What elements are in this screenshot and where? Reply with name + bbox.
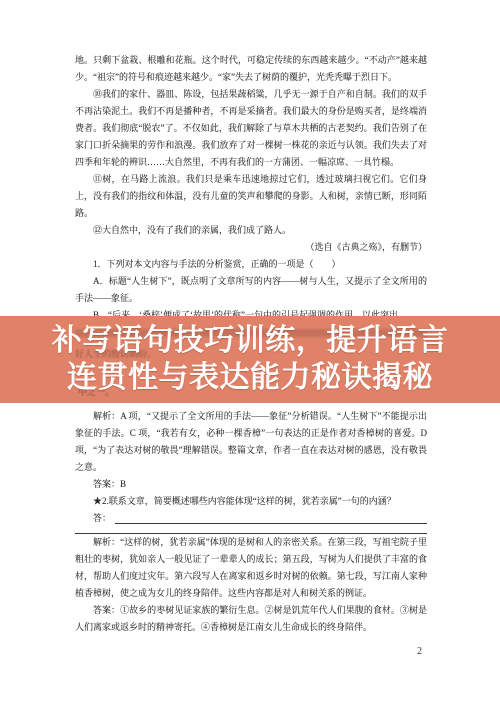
answer-1: 答案：B (75, 476, 427, 493)
answer-blank-label: 答： (75, 510, 111, 527)
answer-2: 答案：①故乡的枣树见证家族的繁衍生息。②树是饥荒年代人们果腹的食材。③树是人们离… (75, 602, 427, 636)
body-paragraph-10: ⑩我们的家什、器皿、陈设，包括果蔬稻粱，几乎无一源于自产和自制。我们的双手不再沾… (75, 86, 427, 171)
banner-title: 补写语句技巧训练，提升语言 连贯性与表达能力秘诀揭秘 (0, 316, 500, 396)
answer-underline (115, 523, 427, 524)
answer-underline-2 (75, 527, 427, 534)
body-paragraph-12: ⑫大自然中，没有了我们的亲属，我们成了路人。 (75, 222, 427, 239)
page-number: 2 (417, 646, 422, 657)
promo-banner: 好人生的殷切期盼。 中之一。 补写语句技巧训练，提升语言 连贯性与表达能力秘诀揭… (0, 316, 500, 403)
banner-title-line-2: 连贯性与表达能力秘诀揭秘 (0, 359, 500, 396)
question-1: 1．下列对本文内容与手法的分析鉴赏，正确的一项是（ ） (75, 256, 427, 273)
body-paragraph-continuation: 地。只剩下盆栽、根雕和花瓶。这个时代，可稳定传续的东西越来越少。“不动产”越来越… (75, 52, 427, 86)
answer-blank-row: 答： (75, 510, 427, 527)
source-attribution: （选自《古典之殇》，有删节） (75, 239, 427, 256)
banner-title-line-1: 补写语句技巧训练，提升语言 (0, 322, 500, 359)
question-2: ★2.联系文章，简要概述哪些内容能体现“这样的树，犹若亲属”一句的内涵？ (75, 493, 427, 510)
body-paragraph-11: ⑪树，在马路上流浪。我们只是乘车迅速地掠过它们，透过玻璃扫视它们。它们身上，没有… (75, 171, 427, 222)
option-a: A．标题“人生树下”，既点明了文章所写的内容——树与人生，又提示了全文所用的手法… (75, 273, 427, 307)
analysis-2: 解析：“这样的树，犹若亲属”体现的是树和人的亲密关系。在第三段，写祖宅院子里粗壮… (75, 534, 427, 602)
analysis-1: 解析：A 项，“又提示了全文所用的手法——象征”分析错误。“人生树下”不能提示出… (75, 408, 427, 476)
